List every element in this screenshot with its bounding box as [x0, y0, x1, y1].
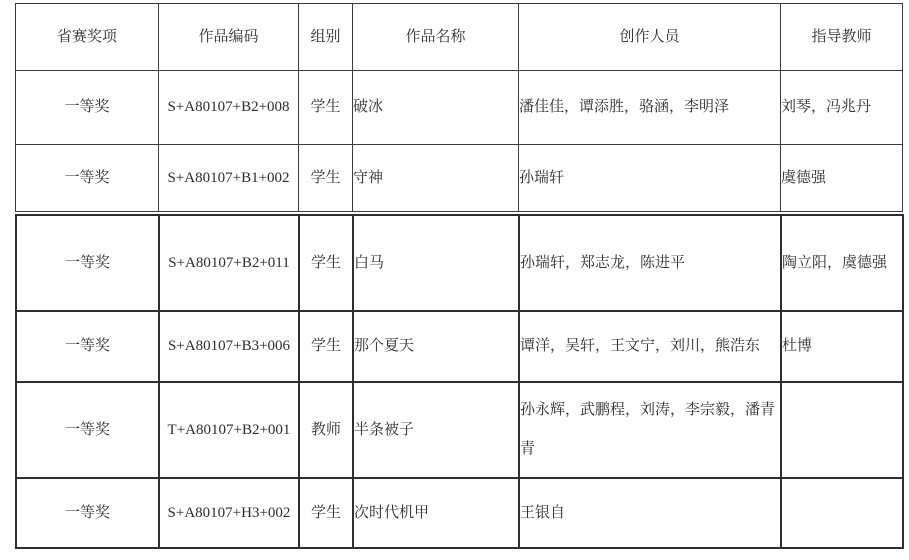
cell-group: 学生 — [299, 311, 353, 382]
cell-title: 半条被子 — [353, 382, 519, 478]
table-header-row: 省赛奖项 作品编码 组别 作品名称 创作人员 指导教师 — [16, 4, 903, 71]
cell-title: 次时代机甲 — [353, 478, 519, 548]
cell-group: 学生 — [299, 145, 353, 212]
cell-award: 一等奖 — [16, 478, 159, 548]
cell-code: S+A80107+B1+002 — [159, 145, 299, 212]
cell-creators: 谭洋，吴轩，王文宁，刘川，熊浩东 — [519, 311, 781, 382]
cell-teachers: 陶立阳，虞德强 — [781, 215, 903, 311]
cell-creators: 孙瑞轩，郑志龙，陈进平 — [519, 215, 781, 311]
table-row: 一等奖 S+A80107+B2+008 学生 破冰 潘佳佳，谭添胜，骆涵，李明泽… — [16, 71, 903, 145]
column-header-award: 省赛奖项 — [16, 4, 159, 71]
column-header-code: 作品编码 — [159, 4, 299, 71]
awards-table: 省赛奖项 作品编码 组别 作品名称 创作人员 指导教师 一等奖 S+A80107… — [15, 3, 902, 549]
cell-creators: 潘佳佳，谭添胜，骆涵，李明泽 — [519, 71, 781, 145]
cell-code: S+A80107+H3+002 — [159, 478, 299, 548]
awards-table-upper: 省赛奖项 作品编码 组别 作品名称 创作人员 指导教师 一等奖 S+A80107… — [15, 3, 903, 212]
cell-award: 一等奖 — [16, 215, 159, 311]
cell-group: 教师 — [299, 382, 353, 478]
column-header-creators: 创作人员 — [519, 4, 781, 71]
table-row: 一等奖 S+A80107+B2+011 学生 白马 孙瑞轩，郑志龙，陈进平 陶立… — [16, 215, 903, 311]
cell-code: T+A80107+B2+001 — [159, 382, 299, 478]
cell-title: 破冰 — [353, 71, 519, 145]
cell-title: 那个夏天 — [353, 311, 519, 382]
cell-award: 一等奖 — [16, 311, 159, 382]
column-header-group: 组别 — [299, 4, 353, 71]
cell-award: 一等奖 — [16, 145, 159, 212]
cell-creators: 孙瑞轩 — [519, 145, 781, 212]
cell-group: 学生 — [299, 71, 353, 145]
cell-teachers — [781, 382, 903, 478]
cell-group: 学生 — [299, 215, 353, 311]
cell-award: 一等奖 — [16, 71, 159, 145]
table-row: 一等奖 S+A80107+B3+006 学生 那个夏天 谭洋，吴轩，王文宁，刘川… — [16, 311, 903, 382]
cell-code: S+A80107+B3+006 — [159, 311, 299, 382]
cell-title: 守神 — [353, 145, 519, 212]
table-row: 一等奖 S+A80107+H3+002 学生 次时代机甲 王银自 — [16, 478, 903, 548]
cell-group: 学生 — [299, 478, 353, 548]
awards-table-lower: 一等奖 S+A80107+B2+011 学生 白马 孙瑞轩，郑志龙，陈进平 陶立… — [15, 214, 904, 549]
cell-code: S+A80107+B2+008 — [159, 71, 299, 145]
cell-award: 一等奖 — [16, 382, 159, 478]
cell-creators: 王银自 — [519, 478, 781, 548]
table-row: 一等奖 T+A80107+B2+001 教师 半条被子 孙永辉，武鹏程，刘涛，李… — [16, 382, 903, 478]
table-row: 一等奖 S+A80107+B1+002 学生 守神 孙瑞轩 虞德强 — [16, 145, 903, 212]
cell-teachers: 刘琴，冯兆丹 — [781, 71, 903, 145]
document-page: 省赛奖项 作品编码 组别 作品名称 创作人员 指导教师 一等奖 S+A80107… — [0, 0, 909, 560]
column-header-teachers: 指导教师 — [781, 4, 903, 71]
column-header-title: 作品名称 — [353, 4, 519, 71]
cell-creators: 孙永辉，武鹏程，刘涛，李宗毅，潘青青 — [519, 382, 781, 478]
cell-code: S+A80107+B2+011 — [159, 215, 299, 311]
cell-teachers: 杜博 — [781, 311, 903, 382]
cell-teachers: 虞德强 — [781, 145, 903, 212]
cell-title: 白马 — [353, 215, 519, 311]
cell-teachers — [781, 478, 903, 548]
